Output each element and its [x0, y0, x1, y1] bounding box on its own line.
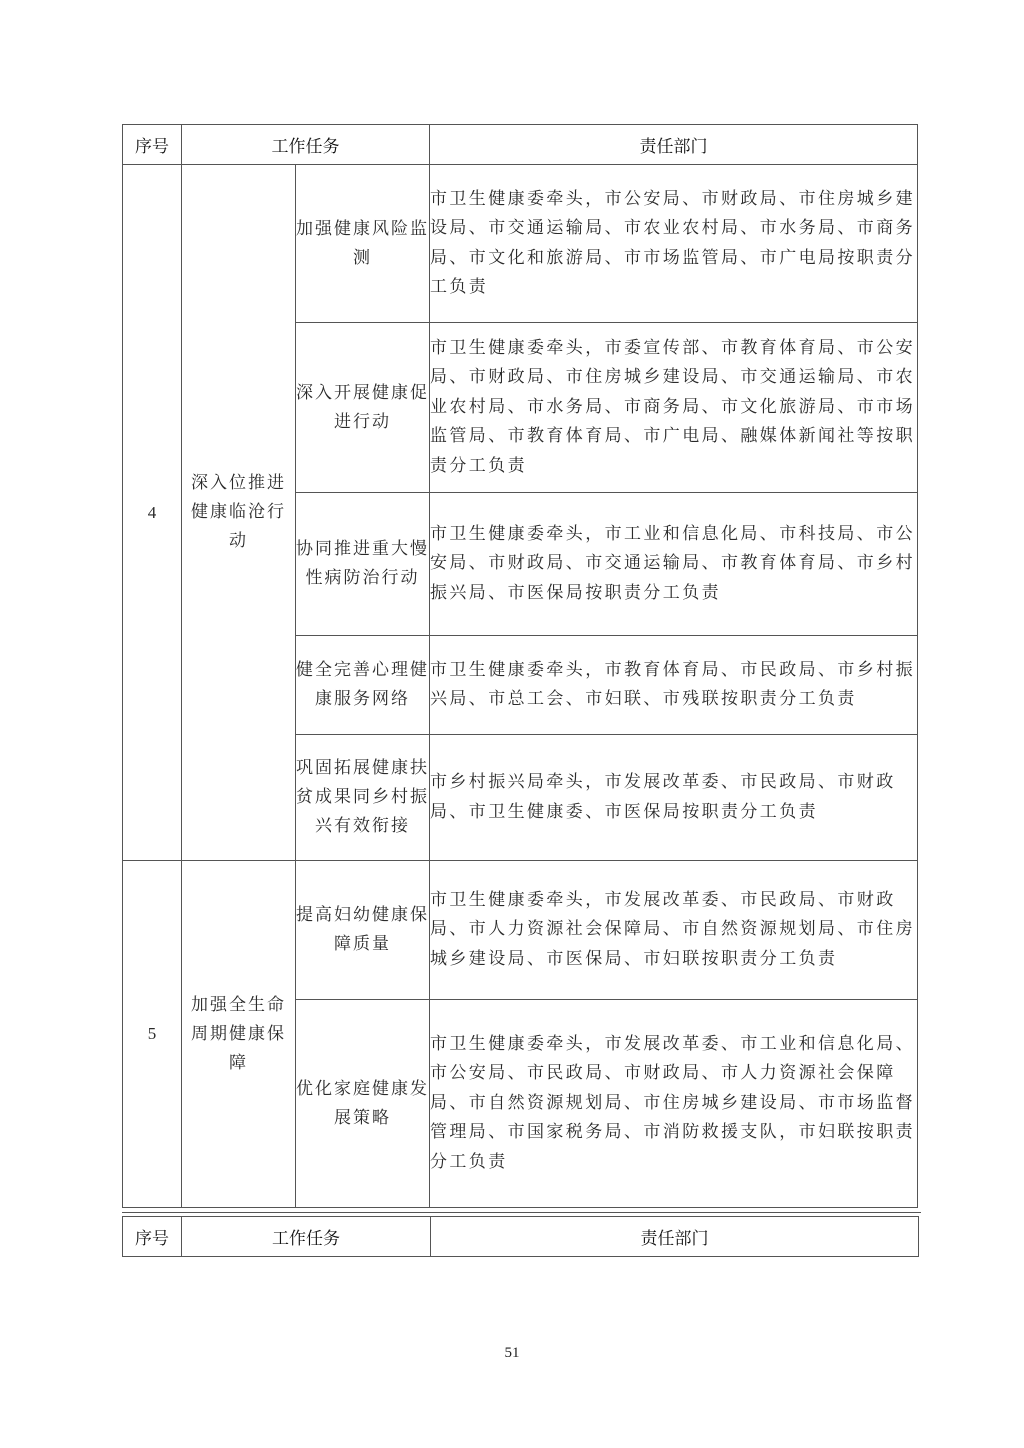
responsible-dept: 市卫生健康委牵头，市委宣传部、市教育体育局、市公安局、市财政局、市住房城乡建设局… [430, 323, 918, 493]
document-page: 序号 工作任务 责任部门 4 深入位推进健康临沧行动 加强健康风险监测 市卫生健… [0, 0, 1024, 1448]
header-no: 序号 [123, 1217, 182, 1257]
header-task: 工作任务 [182, 1217, 431, 1257]
header-dept: 责任部门 [431, 1217, 919, 1257]
table-header-row: 序号 工作任务 责任部门 [123, 125, 918, 165]
header-no: 序号 [123, 125, 182, 165]
page-number: 51 [0, 1345, 1024, 1362]
subtask: 协同推进重大慢性病防治行动 [296, 493, 430, 636]
group-number: 5 [123, 861, 182, 1208]
header-dept: 责任部门 [430, 125, 918, 165]
subtask: 优化家庭健康发展策略 [296, 1000, 430, 1208]
subtask: 健全完善心理健康服务网络 [296, 636, 430, 735]
subtask: 巩固拓展健康扶贫成果同乡村振兴有效衔接 [296, 735, 430, 861]
table-divider [122, 1212, 921, 1213]
responsible-dept: 市卫生健康委牵头，市公安局、市财政局、市住房城乡建设局、市交通运输局、市农业农村… [430, 165, 918, 323]
subtask: 提高妇幼健康保障质量 [296, 861, 430, 1000]
table-row: 5 加强全生命周期健康保障 提高妇幼健康保障质量 市卫生健康委牵头，市发展改革委… [123, 861, 918, 1000]
responsible-dept: 市卫生健康委牵头，市发展改革委、市民政局、市财政局、市人力资源社会保障局、市自然… [430, 861, 918, 1000]
responsible-dept: 市卫生健康委牵头，市发展改革委、市工业和信息化局、市公安局、市民政局、市财政局、… [430, 1000, 918, 1208]
group-task: 深入位推进健康临沧行动 [182, 165, 296, 861]
table-header-row: 序号 工作任务 责任部门 [123, 1217, 919, 1257]
responsibility-table: 序号 工作任务 责任部门 4 深入位推进健康临沧行动 加强健康风险监测 市卫生健… [122, 124, 918, 1208]
responsible-dept: 市卫生健康委牵头，市工业和信息化局、市科技局、市公安局、市财政局、市交通运输局、… [430, 493, 918, 636]
repeated-header-table: 序号 工作任务 责任部门 [122, 1216, 919, 1257]
header-task: 工作任务 [182, 125, 430, 165]
subtask: 深入开展健康促进行动 [296, 323, 430, 493]
group-task: 加强全生命周期健康保障 [182, 861, 296, 1208]
responsible-dept: 市卫生健康委牵头，市教育体育局、市民政局、市乡村振兴局、市总工会、市妇联、市残联… [430, 636, 918, 735]
table-row: 4 深入位推进健康临沧行动 加强健康风险监测 市卫生健康委牵头，市公安局、市财政… [123, 165, 918, 323]
subtask: 加强健康风险监测 [296, 165, 430, 323]
group-number: 4 [123, 165, 182, 861]
responsible-dept: 市乡村振兴局牵头，市发展改革委、市民政局、市财政局、市卫生健康委、市医保局按职责… [430, 735, 918, 861]
